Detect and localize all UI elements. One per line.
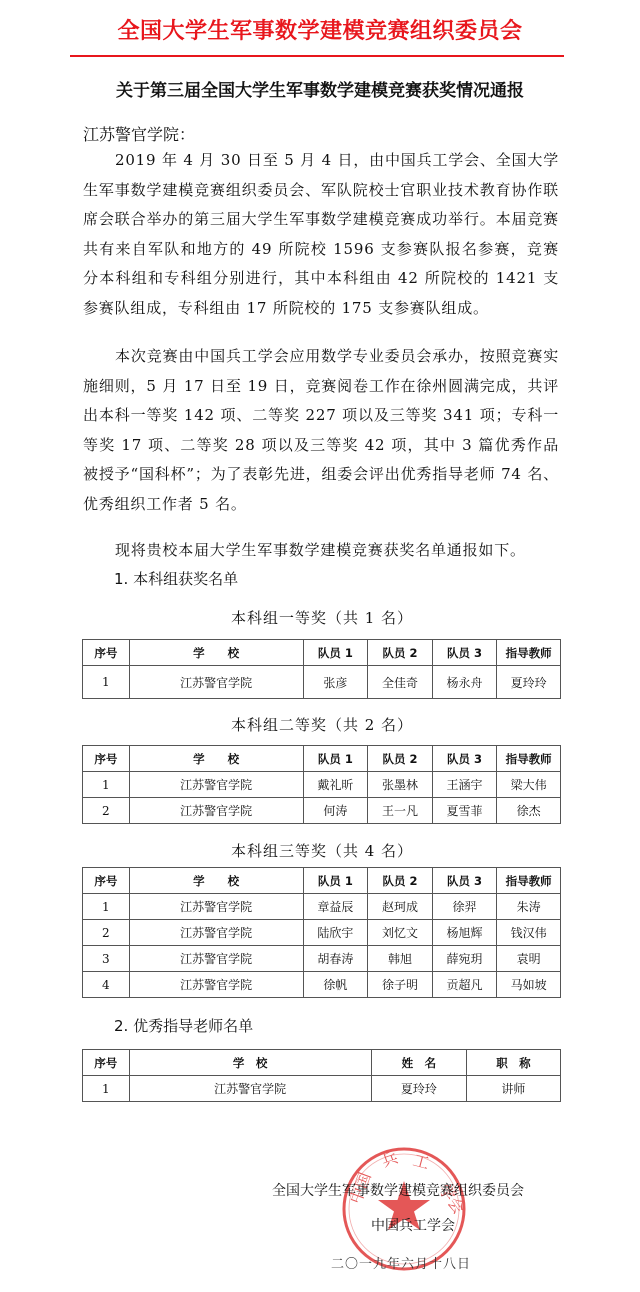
red-divider bbox=[70, 55, 564, 57]
table-row: 1 江苏警官学院 夏玲玲 讲师 bbox=[83, 1076, 561, 1102]
cell-school: 江苏警官学院 bbox=[129, 798, 303, 824]
cell-member3: 杨永舟 bbox=[432, 666, 497, 699]
cell-member2: 赵珂成 bbox=[368, 894, 433, 920]
table-row: 1 江苏警官学院 戴礼昕 张墨林 王涵宇 梁大伟 bbox=[83, 772, 561, 798]
cell-school: 江苏警官学院 bbox=[129, 772, 303, 798]
cell-member1: 张彦 bbox=[303, 666, 368, 699]
table-row: 3 江苏警官学院 胡春涛 韩旭 薛宛玥 袁明 bbox=[83, 946, 561, 972]
col-header-advisor: 指导教师 bbox=[497, 746, 561, 772]
cell-member1: 徐帆 bbox=[303, 972, 368, 998]
col-header-member1: 队员 1 bbox=[303, 868, 368, 894]
cell-no: 1 bbox=[83, 772, 130, 798]
cell-school: 江苏警官学院 bbox=[129, 972, 303, 998]
first-prize-caption: 本科组一等奖（共 1 名） bbox=[82, 607, 562, 628]
second-prize-table: 序号 学 校 队员 1 队员 2 队员 3 指导教师 1 江苏警官学院 戴礼昕 … bbox=[82, 745, 561, 824]
cell-member3: 贡超凡 bbox=[432, 972, 497, 998]
cell-advisor: 梁大伟 bbox=[497, 772, 561, 798]
col-header-member3: 队员 3 bbox=[432, 868, 497, 894]
col-header-member2: 队员 2 bbox=[368, 868, 433, 894]
paragraph-intro: 2019 年 4 月 30 日至 5 月 4 日，由中国兵工学会、全国大学生军事… bbox=[83, 146, 559, 323]
section-heading-advisors: 2. 优秀指导老师名单 bbox=[114, 1015, 253, 1036]
cell-member2: 刘忆文 bbox=[368, 920, 433, 946]
cell-member1: 章益辰 bbox=[303, 894, 368, 920]
cell-title: 讲师 bbox=[466, 1076, 560, 1102]
cell-member2: 王一凡 bbox=[368, 798, 433, 824]
cell-school: 江苏警官学院 bbox=[129, 894, 303, 920]
cell-advisor: 夏玲玲 bbox=[497, 666, 561, 699]
first-prize-table: 序号 学 校 队员 1 队员 2 队员 3 指导教师 1 江苏警官学院 张彦 全… bbox=[82, 639, 561, 699]
cell-no: 3 bbox=[83, 946, 130, 972]
cell-school: 江苏警官学院 bbox=[129, 946, 303, 972]
table-row: 1 江苏警官学院 章益辰 赵珂成 徐羿 朱涛 bbox=[83, 894, 561, 920]
cell-school: 江苏警官学院 bbox=[129, 1076, 371, 1102]
table-header-row: 序号 学 校 队员 1 队员 2 队员 3 指导教师 bbox=[83, 640, 561, 666]
col-header-title: 职 称 bbox=[466, 1050, 560, 1076]
cell-advisor: 马如坡 bbox=[497, 972, 561, 998]
table-row: 2 江苏警官学院 陆欣宇 刘忆文 杨旭辉 钱汉伟 bbox=[83, 920, 561, 946]
cell-school: 江苏警官学院 bbox=[129, 666, 303, 699]
cell-member1: 戴礼昕 bbox=[303, 772, 368, 798]
salutation: 江苏警官学院： bbox=[83, 122, 195, 145]
cell-member2: 全佳奇 bbox=[368, 666, 433, 699]
table-row: 1 江苏警官学院 张彦 全佳奇 杨永舟 夏玲玲 bbox=[83, 666, 561, 699]
paragraph-results: 本次竞赛由中国兵工学会应用数学专业委员会承办，按照竞赛实施细则，5 月 17 日… bbox=[83, 342, 559, 519]
cell-no: 2 bbox=[83, 920, 130, 946]
table-row: 2 江苏警官学院 何涛 王一凡 夏雪菲 徐杰 bbox=[83, 798, 561, 824]
cell-member2: 张墨林 bbox=[368, 772, 433, 798]
col-header-school: 学 校 bbox=[129, 640, 303, 666]
cell-member3: 薛宛玥 bbox=[432, 946, 497, 972]
cell-member1: 何涛 bbox=[303, 798, 368, 824]
document-title: 关于第三届全国大学生军事数学建模竞赛获奖情况通报 bbox=[0, 76, 640, 101]
org-header-title: 全国大学生军事数学建模竞赛组织委员会 bbox=[0, 14, 640, 45]
svg-text:兵: 兵 bbox=[379, 1147, 401, 1170]
cell-name: 夏玲玲 bbox=[371, 1076, 466, 1102]
col-header-no: 序号 bbox=[83, 868, 130, 894]
cell-no: 1 bbox=[83, 1076, 130, 1102]
second-prize-caption: 本科组二等奖（共 2 名） bbox=[82, 714, 562, 735]
col-header-school: 学 校 bbox=[129, 746, 303, 772]
table-header-row: 序号 学 校 队员 1 队员 2 队员 3 指导教师 bbox=[83, 868, 561, 894]
col-header-advisor: 指导教师 bbox=[497, 640, 561, 666]
col-header-member1: 队员 1 bbox=[303, 746, 368, 772]
signature-org1: 全国大学生军事数学建模竞赛组织委员会 bbox=[272, 1180, 524, 1200]
col-header-name: 姓 名 bbox=[371, 1050, 466, 1076]
cell-member1: 胡春涛 bbox=[303, 946, 368, 972]
cell-school: 江苏警官学院 bbox=[129, 920, 303, 946]
signature-date: 二〇一九年六月十八日 bbox=[331, 1253, 471, 1272]
cell-advisor: 钱汉伟 bbox=[497, 920, 561, 946]
cell-advisor: 徐杰 bbox=[497, 798, 561, 824]
table-header-row: 序号 学 校 姓 名 职 称 bbox=[83, 1050, 561, 1076]
col-header-member3: 队员 3 bbox=[432, 746, 497, 772]
paragraph-notice: 现将贵校本届大学生军事数学建模竞赛获奖名单通报如下。 bbox=[83, 536, 559, 566]
table-header-row: 序号 学 校 队员 1 队员 2 队员 3 指导教师 bbox=[83, 746, 561, 772]
col-header-no: 序号 bbox=[83, 746, 130, 772]
col-header-no: 序号 bbox=[83, 1050, 130, 1076]
col-header-no: 序号 bbox=[83, 640, 130, 666]
cell-member3: 杨旭辉 bbox=[432, 920, 497, 946]
advisor-table: 序号 学 校 姓 名 职 称 1 江苏警官学院 夏玲玲 讲师 bbox=[82, 1049, 561, 1102]
col-header-advisor: 指导教师 bbox=[497, 868, 561, 894]
col-header-member2: 队员 2 bbox=[368, 746, 433, 772]
cell-advisor: 朱涛 bbox=[497, 894, 561, 920]
cell-advisor: 袁明 bbox=[497, 946, 561, 972]
cell-member1: 陆欣宇 bbox=[303, 920, 368, 946]
third-prize-table: 序号 学 校 队员 1 队员 2 队员 3 指导教师 1 江苏警官学院 章益辰 … bbox=[82, 867, 561, 998]
cell-member3: 徐羿 bbox=[432, 894, 497, 920]
cell-member3: 王涵宇 bbox=[432, 772, 497, 798]
col-header-member1: 队员 1 bbox=[303, 640, 368, 666]
cell-no: 1 bbox=[83, 894, 130, 920]
col-header-member3: 队员 3 bbox=[432, 640, 497, 666]
table-row: 4 江苏警官学院 徐帆 徐子明 贡超凡 马如坡 bbox=[83, 972, 561, 998]
col-header-school: 学 校 bbox=[129, 1050, 371, 1076]
svg-text:工: 工 bbox=[411, 1151, 431, 1173]
section-heading-undergrad: 1. 本科组获奖名单 bbox=[114, 568, 238, 589]
cell-member2: 徐子明 bbox=[368, 972, 433, 998]
third-prize-caption: 本科组三等奖（共 4 名） bbox=[82, 840, 562, 861]
col-header-school: 学 校 bbox=[129, 868, 303, 894]
cell-no: 2 bbox=[83, 798, 130, 824]
cell-no: 1 bbox=[83, 666, 130, 699]
cell-member3: 夏雪菲 bbox=[432, 798, 497, 824]
col-header-member2: 队员 2 bbox=[368, 640, 433, 666]
cell-member2: 韩旭 bbox=[368, 946, 433, 972]
cell-no: 4 bbox=[83, 972, 130, 998]
signature-org2: 中国兵工学会 bbox=[371, 1215, 455, 1235]
